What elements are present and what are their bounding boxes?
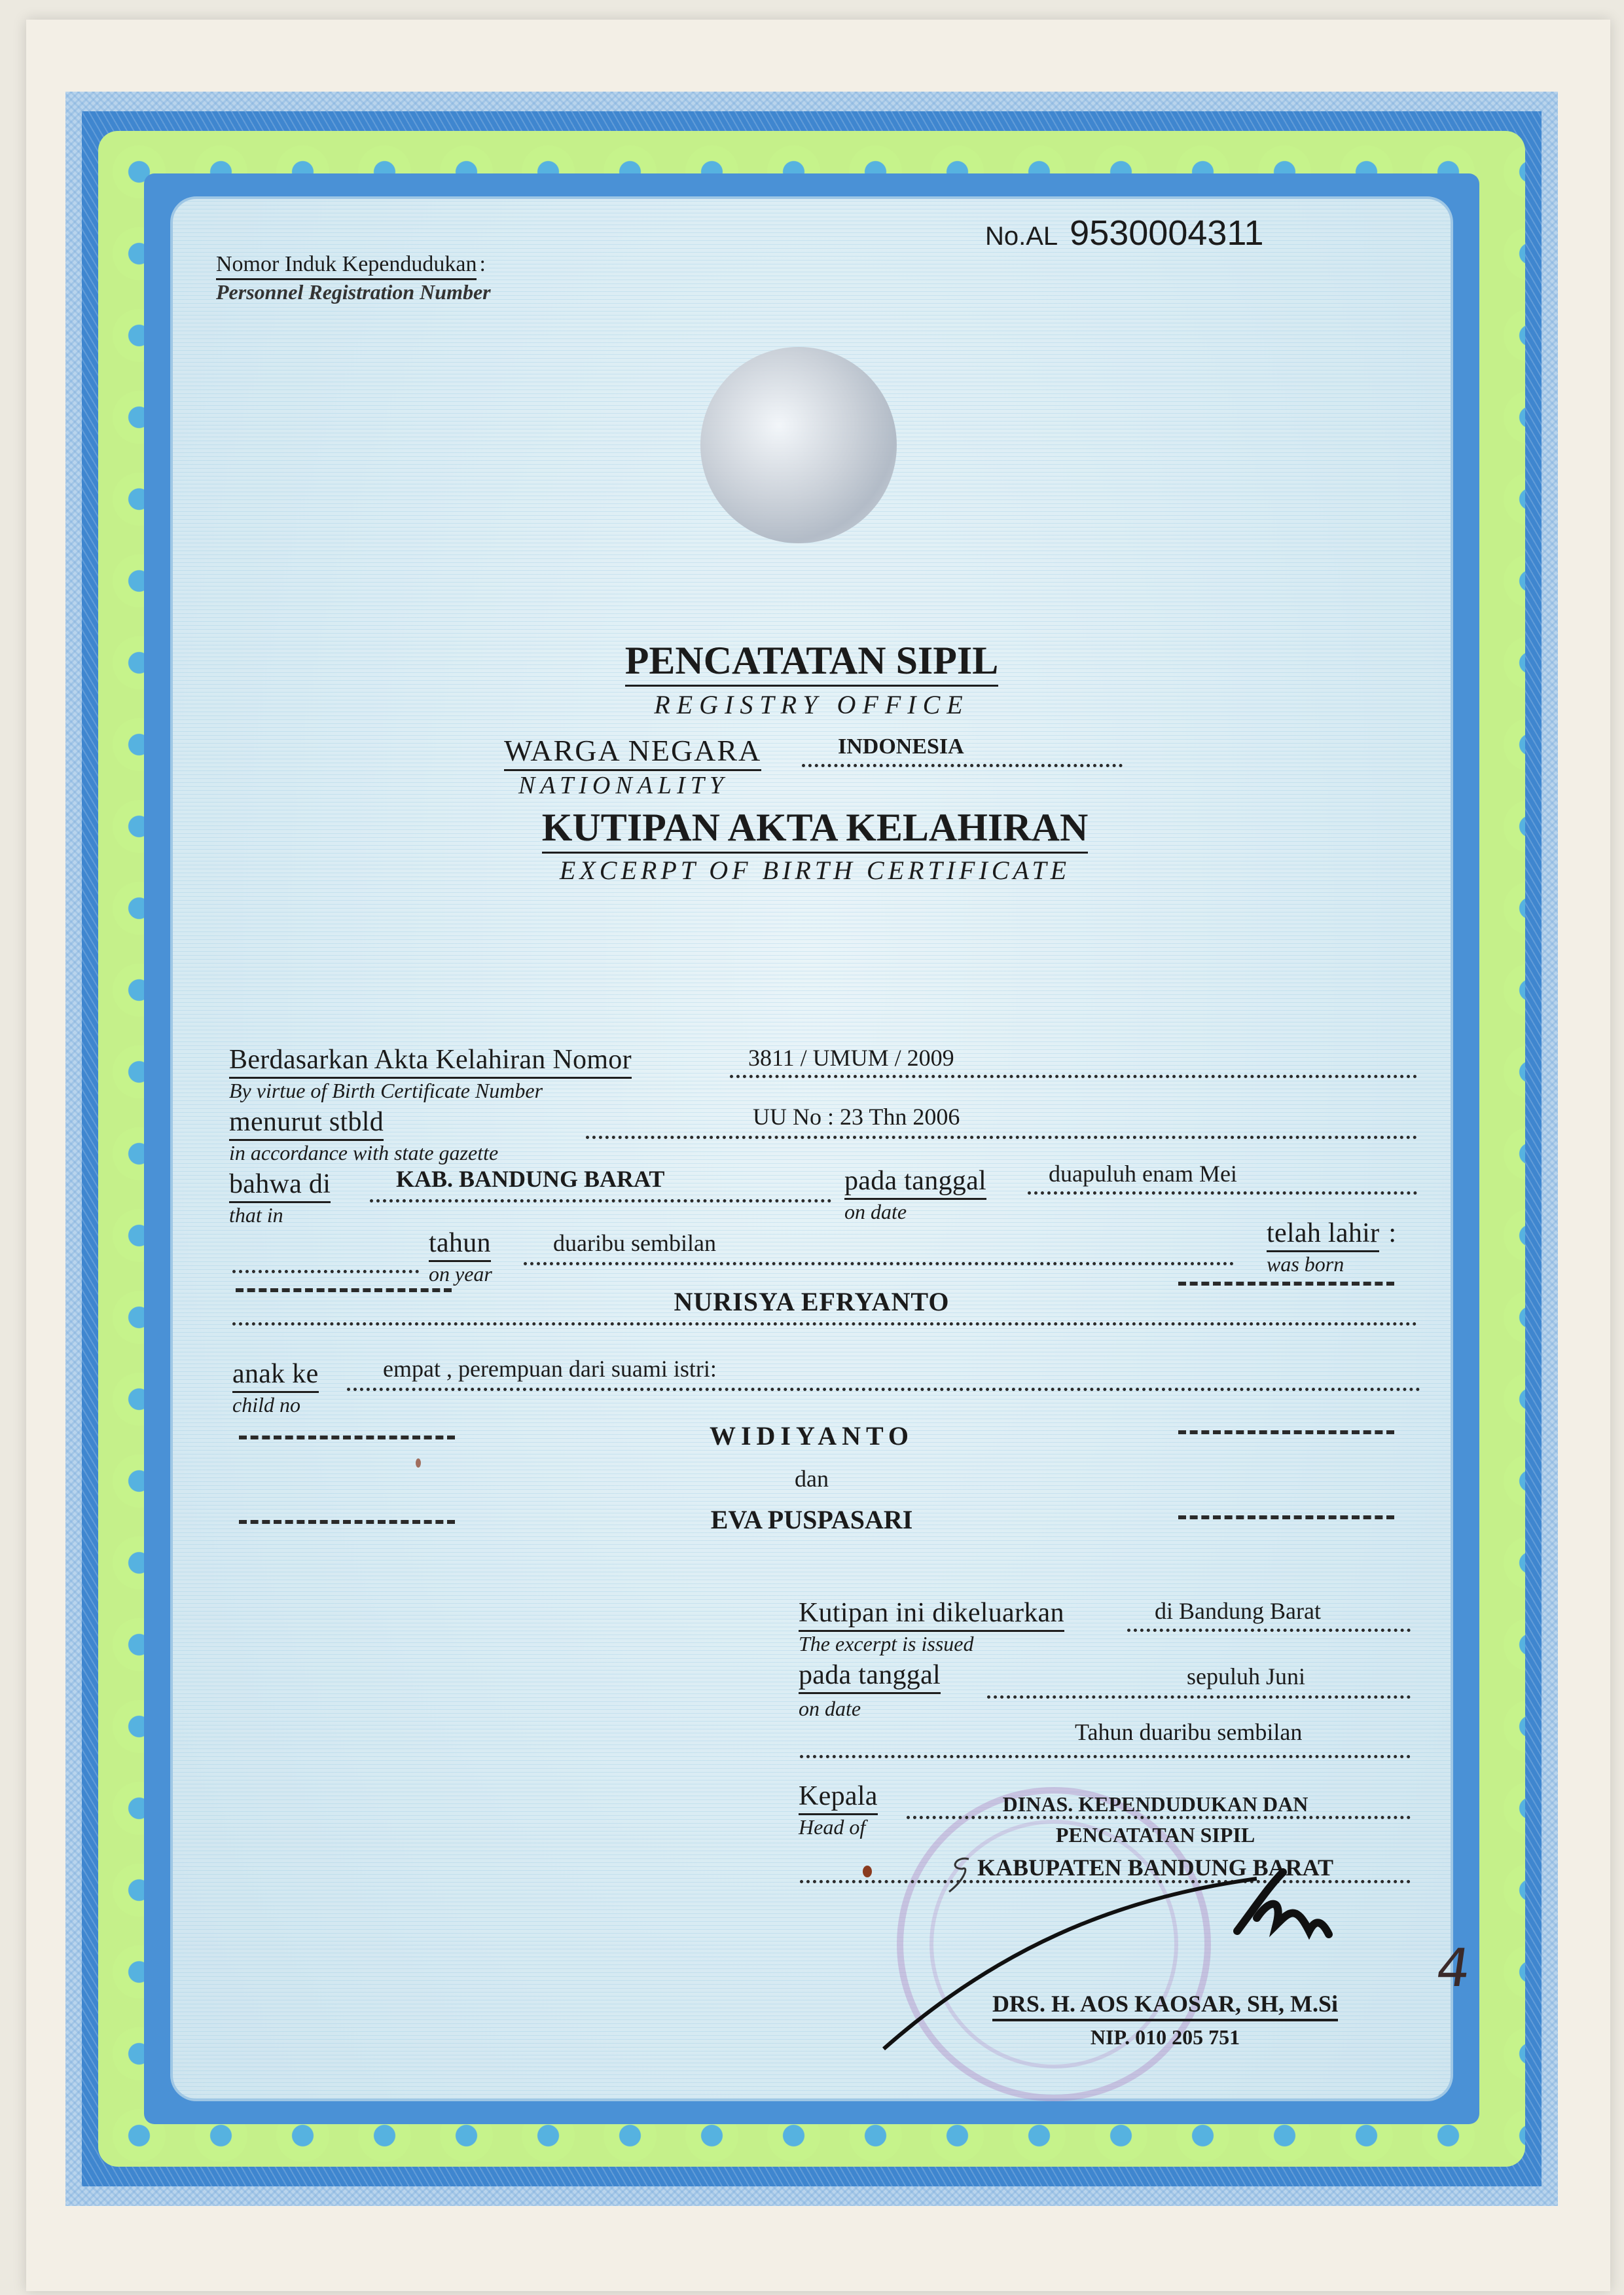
ink-stain — [863, 1866, 872, 1877]
gazette-label-block: menurut stbld in accordance with state g… — [229, 1106, 498, 1165]
left-dash — [239, 1436, 455, 1439]
mother-name: EVA PUSPASARI — [543, 1504, 1080, 1535]
certificate-title: KUTIPAN AKTA KELAHIRAN — [542, 805, 1089, 854]
issued-date-label-en: on date — [799, 1697, 941, 1721]
child-no-field: empat , perempuan dari suami istri: — [347, 1355, 1420, 1391]
father-name: WIDIYANTO — [543, 1420, 1080, 1451]
year-label: tahun — [429, 1227, 491, 1262]
child-name-field — [232, 1303, 1417, 1326]
year-value: duaribu sembilan — [553, 1230, 716, 1256]
issued-date-label-block: pada tanggal on date — [799, 1659, 941, 1721]
act-number-label-block: Berdasarkan Akta Kelahiran Nomor By virt… — [229, 1044, 632, 1103]
issued-date-field: sepuluh Juni — [987, 1663, 1411, 1699]
year-field: duaribu sembilan — [524, 1229, 1234, 1265]
issued-place-field: di Bandung Barat — [1127, 1597, 1411, 1632]
right-dash — [1178, 1282, 1394, 1286]
act-number-label-en: By virtue of Birth Certificate Number — [229, 1079, 632, 1103]
year-label-en: on year — [429, 1262, 492, 1286]
place-label-block: bahwa di that in — [229, 1168, 331, 1227]
child-no-label-en: child no — [232, 1393, 319, 1417]
mother-name-value: EVA PUSPASARI — [711, 1505, 913, 1534]
head-label: Kepala — [799, 1780, 878, 1815]
office-title: PENCATATAN SIPIL — [625, 638, 999, 687]
issued-label: Kutipan ini dikeluarkan — [799, 1597, 1064, 1632]
father-name-value: WIDIYANTO — [710, 1421, 914, 1451]
year-prefix-field — [232, 1244, 419, 1273]
nik-colon: : — [479, 252, 485, 276]
place-label-en: that in — [229, 1203, 331, 1227]
nik-label-en: Personnel Registration Number — [216, 280, 491, 304]
place-field: KAB. BANDUNG BARAT — [370, 1165, 831, 1202]
serial-value: 9530004311 — [1070, 213, 1263, 253]
nationality-value: INDONESIA — [838, 734, 964, 759]
date-label-en: on date — [844, 1200, 986, 1224]
agency-line-1: DINAS. KEPENDUDUKAN DAN — [916, 1792, 1394, 1816]
ink-stain — [416, 1458, 421, 1468]
place-label: bahwa di — [229, 1168, 331, 1203]
date-label: pada tanggal — [844, 1165, 986, 1200]
date-label-block: pada tanggal on date — [844, 1165, 986, 1224]
gazette-field: UU No : 23 Thn 2006 — [586, 1103, 1417, 1139]
issued-year-value: Tahun duaribu sembilan — [1075, 1719, 1302, 1745]
agency-line-2: PENCATATAN SIPIL — [916, 1823, 1394, 1847]
right-dash — [1178, 1515, 1394, 1519]
born-label-block: telah lahir : was born — [1267, 1218, 1396, 1276]
nationality-field: INDONESIA — [802, 734, 1123, 767]
gazette-label: menurut stbld — [229, 1106, 384, 1141]
year-label-block: tahun on year — [429, 1227, 492, 1286]
office-title-en: REGISTRY OFFICE — [576, 689, 1047, 720]
left-dash — [239, 1520, 455, 1524]
born-colon: : — [1388, 1218, 1396, 1248]
handwritten-flourish — [943, 1852, 982, 1898]
serial-prefix: No.AL — [985, 222, 1058, 251]
place-value: KAB. BANDUNG BARAT — [396, 1166, 664, 1192]
gazette-value: UU No : 23 Thn 2006 — [753, 1104, 960, 1130]
right-dash — [1178, 1430, 1394, 1434]
head-label-block: Kepala Head of — [799, 1780, 878, 1839]
official-nip: NIP. 010 205 751 — [956, 2025, 1375, 2050]
official-block: DRS. H. AOS KAOSAR, SH, M.Si NIP. 010 20… — [956, 1990, 1375, 2050]
nationality-label-en: NATIONALITY — [518, 771, 761, 800]
born-label-en: was born — [1267, 1252, 1396, 1276]
certificate-title-block: KUTIPAN AKTA KELAHIRAN EXCERPT OF BIRTH … — [497, 805, 1132, 886]
act-number-value: 3811 / UMUM / 2009 — [748, 1045, 954, 1071]
act-number-field: 3811 / UMUM / 2009 — [730, 1044, 1417, 1078]
serial-number: No.AL 9530004311 — [985, 213, 1264, 253]
child-no-value: empat , perempuan dari suami istri: — [383, 1356, 717, 1382]
child-no-label-block: anak ke child no — [232, 1358, 319, 1417]
date-field: duapuluh enam Mei — [1028, 1160, 1417, 1195]
issued-year-field: Tahun duaribu sembilan — [800, 1718, 1411, 1758]
office-title-block: PENCATATAN SIPIL REGISTRY OFFICE — [576, 638, 1047, 720]
nik-label: Nomor Induk Kependudukan — [216, 252, 477, 280]
issued-place-value: di Bandung Barat — [1155, 1598, 1321, 1624]
date-value: duapuluh enam Mei — [1049, 1161, 1237, 1187]
certificate-title-en: EXCERPT OF BIRTH CERTIFICATE — [497, 855, 1132, 886]
issued-date-label: pada tanggal — [799, 1659, 941, 1694]
issued-label-en: The excerpt is issued — [799, 1632, 1064, 1656]
born-label: telah lahir — [1267, 1218, 1379, 1252]
nationality-label: WARGA NEGARA — [504, 733, 761, 771]
nationality-block: WARGA NEGARA NATIONALITY — [504, 733, 761, 800]
silver-hologram-seal — [700, 347, 897, 543]
act-number-label: Berdasarkan Akta Kelahiran Nomor — [229, 1044, 632, 1079]
issued-date-value: sepuluh Juni — [1187, 1663, 1305, 1690]
conjunction-text: dan — [795, 1466, 829, 1492]
head-label-en: Head of — [799, 1815, 878, 1839]
conjunction: dan — [543, 1465, 1080, 1492]
issued-label-block: Kutipan ini dikeluarkan The excerpt is i… — [799, 1597, 1064, 1656]
gazette-label-en: in accordance with state gazette — [229, 1141, 498, 1165]
official-name: DRS. H. AOS KAOSAR, SH, M.Si — [992, 1990, 1338, 2021]
nik-label-block: Nomor Induk Kependudukan : Personnel Reg… — [216, 252, 491, 304]
left-dash — [236, 1288, 452, 1292]
child-no-label: anak ke — [232, 1358, 319, 1393]
